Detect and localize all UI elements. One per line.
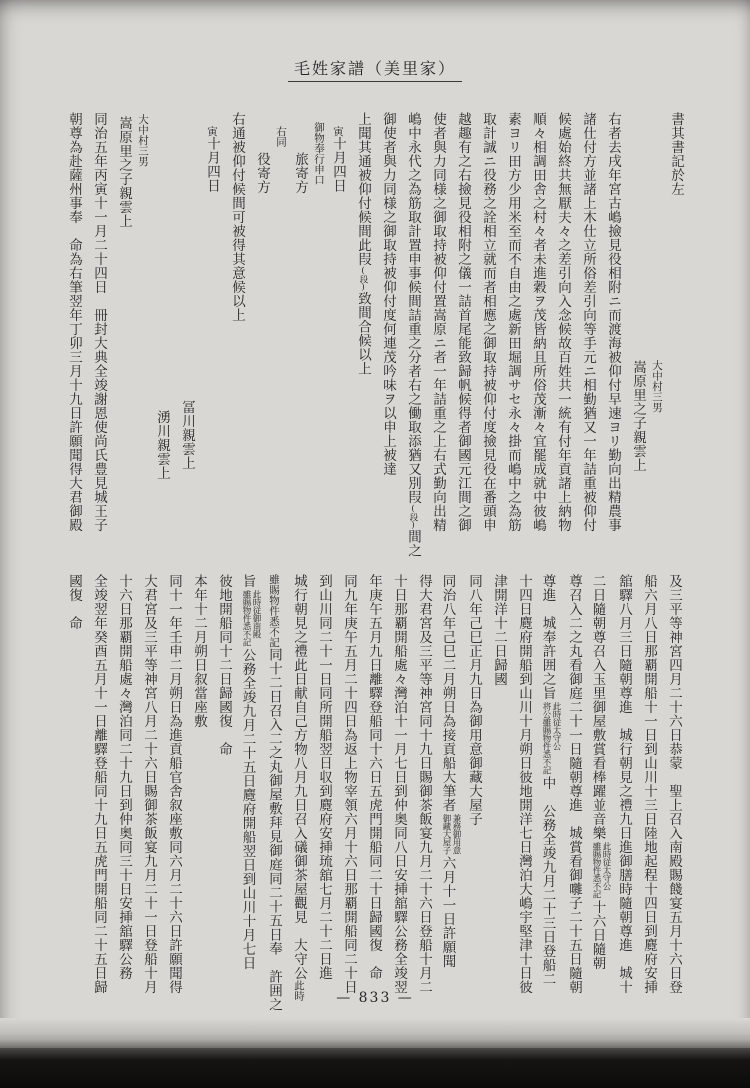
text-run: 順々相調田舎之村々者未進穀ヲ茂皆納且所俗茂漸々宜罷成就中彼嶋: [530, 112, 546, 532]
text-run: 書其書記於左: [668, 112, 684, 196]
text-run: 間之: [405, 530, 421, 558]
text-column: 順々相調田舎之村々者未進穀ヲ茂皆納且所俗茂漸々宜罷成就中彼嶋: [525, 112, 550, 538]
text-column: 尊進 城奉許囲之旨此時従太守公将公雖賜物件悉不記中 公務全竣九月二十三日登船二: [536, 574, 561, 1000]
text-run: 公務全竣九月二十五日麑府開船翌日到山川十月七日: [240, 648, 256, 970]
text-column: 津開洋十二日歸國: [486, 574, 511, 1000]
interlinear-note: 此時従太守公将公雖賜物件悉不記: [541, 702, 561, 774]
text-run: 尊召入二之丸看御庭二十一日隨朝尊進 城賞看御囃子二十五日隨朝: [566, 574, 582, 994]
text-run: 致間合候以上: [355, 292, 371, 376]
text-column: 得大君宮及三平等神宮同十九日賜御茶飯宴九月二十六日登船十月二: [411, 574, 436, 1000]
interlinear-note: 兼務御用意御藏大屋子: [441, 814, 461, 854]
page-header: 毛姓家譜（美里家）: [0, 56, 750, 79]
text-run: 彼地開船同十二日歸國復 命: [216, 574, 232, 756]
text-column: 諸仕付方並諸上木仕立所俗差引向等手元ニ相勤猶又一年詰重被仰付: [575, 112, 600, 538]
text-run: 右通被仰付候間可被得其意候以上: [229, 112, 245, 322]
text-run: 雖賜物件悉不記: [268, 574, 280, 648]
scan-background-strip: [0, 1048, 750, 1088]
top-text-block: 書其書記於左大中村三男嵩原里之子親雲上右者去戌年宮古嶋撿見役相附ニ而渡海被仰付早…: [61, 112, 688, 538]
text-column: 寅十月四日: [325, 112, 350, 538]
text-column: 城行朝見之禮此日献自己方物八月九日召入礒御茶屋觀見 大守公此時: [286, 574, 311, 1000]
interlinear-note: 此時従太守公雖賜物件悉不記: [591, 842, 611, 898]
text-run: 取計誠ニ役務之詮相立就而者相應之御取持被仰付度撿見役在番頭申: [480, 112, 496, 532]
correction-gloss: (段): [358, 266, 368, 292]
text-run: 同十一年壬申二月朔日為進貢船官舎叙座敷同六月二十六日許願聞得: [166, 574, 182, 994]
text-run: 大君宮及三平等神宮八月二十六日賜御茶飯宴九月二十一日登船十月: [141, 574, 157, 994]
text-run: 寅: [206, 126, 218, 137]
text-column: 御物奉行申口: [312, 112, 325, 538]
text-run: 十六日隨朝: [590, 900, 606, 970]
text-run: 得大君宮及三平等神宮同十九日賜御茶飯宴九月二十六日登船十月二: [416, 574, 432, 994]
text-run: 十六日那覇開船處々灣泊同二十九日到仲奥同三十日安挿舘驛公務: [116, 574, 132, 980]
text-column: 使者與力同様之御取持被仰付置嵩原ニ者一年詰重之上右式勤向出精: [425, 112, 450, 538]
text-run: 同九年庚午五月二十四日為返上物宰領六月十六日那覇開船同二十日: [341, 574, 357, 994]
text-column: 國復 命: [61, 574, 86, 1000]
text-column: 嶋中永代之為筋取計置申事候間詰重之分者右之働取添猶又別叚(段)間之: [400, 112, 425, 538]
text-run: 使者與力同様之御取持被仰付置嵩原ニ者一年詰重之上右式勤向出精: [430, 112, 446, 532]
text-run: 旨: [240, 574, 256, 588]
text-column: 年庚午五月九日離驛登船同十六日五虎門開船同二十日歸國復 命: [361, 574, 386, 1000]
text-column: 嵩原里之子親雲上: [111, 112, 136, 538]
page-number: — 833 —: [0, 990, 750, 1006]
text-column: 雖賜物件悉不記同十二日召入二之丸御屋敷拜見御庭同二十五日奉 許囲之: [261, 574, 286, 1000]
text-column: 大中村三男: [650, 112, 663, 538]
text-run: 十月四日: [204, 137, 220, 193]
text-run: 越趣有之右撿見役相附之儀一詰首尾能致歸帆候得者御國元江間之御: [455, 112, 471, 532]
text-column: 大中村三男: [136, 112, 149, 538]
text-run: 寅: [332, 126, 344, 137]
text-column: 湧川親雲上: [149, 112, 174, 538]
text-run: 六月十一日許願聞: [440, 856, 456, 968]
text-run: 船六月八日那覇開船十一日到山川十三日陸地起程十四日到麑府安挿: [641, 574, 657, 994]
text-run: 舘驛八月三日隨朝尊進 城行朝見之禮九日進御膳時隨朝尊進 城十: [616, 574, 632, 994]
text-run: 上聞其通被仰付候間此叚: [355, 112, 371, 266]
text-column: 大君宮及三平等神宮八月二十六日賜御茶飯宴九月二十一日登船十月: [136, 574, 161, 1000]
interlinear-note: 此時従御南殿雖賜物件悉不記: [241, 590, 261, 646]
text-column: 嵩原里之子親雲上: [625, 112, 650, 538]
text-run: 及三平等神宮四月二十六日恭蒙 聖上召入南殿賜餞宴五月十六日登: [666, 574, 682, 994]
text-run: 湧川親雲上: [154, 410, 170, 480]
text-column: 十日那覇開船處々灣泊十一月七日到仲奥同八日安挿舘驛公務全竣翌: [386, 574, 411, 1000]
text-column: 御使者與力同様之御取持被仰付度何連茂吟味ヲ以申上被達: [375, 112, 400, 538]
text-column: 尊召入二之丸看御庭二十一日隨朝尊進 城賞看御囃子二十五日隨朝: [561, 574, 586, 1000]
text-column: 旨此時従御南殿雖賜物件悉不記公務全竣九月二十五日麑府開船翌日到山川十月七日: [236, 574, 261, 1000]
text-run: 嵩原里之子親雲上: [630, 360, 646, 472]
text-run: 朝尊為赴薩州事奉 命為右筆翌年丁卯三月十九日許願聞得大君御殿: [66, 112, 82, 532]
text-column: 素ヨリ田方少用米至而不自由之處新田堀調サセ永々掛而嶋中之為筋: [500, 112, 525, 538]
text-run: 諸仕付方並諸上木仕立所俗差引向等手元ニ相勤猶又一年詰重被仰付: [580, 112, 596, 532]
text-run: 十日那覇開船處々灣泊十一月七日到仲奥同八日安挿舘驛公務全竣翌: [391, 574, 407, 994]
text-run: 役寄方: [254, 152, 270, 194]
text-column: 及三平等神宮四月二十六日恭蒙 聖上召入南殿賜餞宴五月十六日登: [661, 574, 686, 1000]
text-column: 到山川同二十一日同所開船翌日収到麑府安挿琉舘七月二十二日進: [311, 574, 336, 1000]
text-column: 同治八年己巳二月朔日為接貢船大筆者兼務御用意御藏大屋子六月十一日許願聞: [436, 574, 461, 1000]
text-column: 彼地開船同十二日歸國復 命: [211, 574, 236, 1000]
text-run: 嵩原里之子親雲上: [116, 116, 132, 228]
text-run: 大中村三男: [137, 114, 149, 167]
text-column: 朝尊為赴薩州事奉 命為右筆翌年丁卯三月十九日許願聞得大君御殿: [61, 112, 86, 538]
text-run: 冨川親雲上: [179, 400, 195, 470]
text-run: 嶋中永代之為筋取計置申事候間詰重之分者右之働取添猶又別叚: [405, 112, 421, 504]
text-column: 寅十月四日: [199, 112, 224, 538]
page-title: 毛姓家譜（美里家）: [288, 59, 462, 82]
text-run: 素ヨリ田方少用米至而不自由之處新田堀調サセ永々掛而嶋中之為筋: [505, 112, 521, 532]
text-column: 候處始終共無厭夫々之差引向入念候故百姓共一統有付年貢諸上納物: [550, 112, 575, 538]
scanned-genealogy-page: 毛姓家譜（美里家） 書其書記於左大中村三男嵩原里之子親雲上右者去戌年宮古嶋撿見役…: [0, 0, 750, 1088]
text-run: 同八年己巳正月九日為御用意御藏大屋子: [466, 574, 482, 826]
text-run: 御使者與力同様之御取持被仰付度何連茂吟味ヲ以申上被達: [380, 112, 396, 476]
text-run: 同治五年丙寅十一月二十四日 冊封大典全竣謝恩使尚氏豊見城王子: [91, 112, 107, 532]
text-column: 役寄方: [249, 112, 274, 538]
text-run: 候處始終共無厭夫々之差引向入念候故百姓共一統有付年貢諸上納物: [555, 112, 571, 532]
text-run: 同十二日召入二之丸御屋敷拜見御庭同二十五日奉 許囲之: [266, 648, 282, 1012]
text-column: 旅寄方: [287, 112, 312, 538]
text-column: 越趣有之右撿見役相附之儀一詰首尾能致歸帆候得者御國元江間之御: [450, 112, 475, 538]
text-run: 御物奉行申口: [313, 122, 325, 185]
text-column: 取計誠ニ役務之詮相立就而者相應之御取持被仰付度撿見役在番頭申: [475, 112, 500, 538]
text-run: 到山川同二十一日同所開船翌日収到麑府安挿琉舘七月二十二日進: [316, 574, 332, 980]
text-run: 本年十二月朔日叙當座敷: [191, 574, 207, 728]
text-column: 上聞其通被仰付候間此叚(段)致間合候以上: [350, 112, 375, 538]
correction-gloss: (段): [408, 504, 418, 530]
text-column: 舘驛八月三日隨朝尊進 城行朝見之禮九日進御膳時隨朝尊進 城十: [611, 574, 636, 1000]
text-run: 同治八年己巳二月朔日為接貢船大筆者: [440, 574, 456, 812]
text-run: 旅寄方: [292, 152, 308, 194]
text-run: 年庚午五月九日離驛登船同十六日五虎門開船同二十日歸國復 命: [366, 574, 382, 980]
text-run: 城行朝見之禮此日献自己方物八月九日召入礒御茶屋觀見 大守公: [291, 574, 307, 980]
text-run: 全竣翌年癸酉五月十一日離驛登船同十九日五虎門開船同二十五日歸: [91, 574, 107, 994]
bottom-text-block: 及三平等神宮四月二十六日恭蒙 聖上召入南殿賜餞宴五月十六日登船六月八日那覇開船十…: [61, 574, 686, 1000]
text-column: 書其書記於左: [663, 112, 688, 538]
text-column: 右者去戌年宮古嶋撿見役相附ニ而渡海被仰付早速ヨリ勤向出精農事: [600, 112, 625, 538]
text-column: 十六日那覇開船處々灣泊同二十九日到仲奥同三十日安挿舘驛公務: [111, 574, 136, 1000]
text-column: 右同: [274, 112, 287, 538]
text-column: 同八年己巳正月九日為御用意御藏大屋子: [461, 574, 486, 1000]
text-run: 十月四日: [330, 137, 346, 193]
text-run: 國復 命: [66, 574, 82, 630]
text-column: 同十一年壬申二月朔日為進貢船官舎叙座敷同六月二十六日許願聞得: [161, 574, 186, 1000]
text-column: 同治五年丙寅十一月二十四日 冊封大典全竣謝恩使尚氏豊見城王子: [86, 112, 111, 538]
text-run: 大中村三男: [651, 360, 663, 413]
text-column: 同九年庚午五月二十四日為返上物宰領六月十六日那覇開船同二十日: [336, 574, 361, 1000]
text-run: 二日隨朝尊召入玉里御屋敷賞看棒躍並音樂: [590, 574, 606, 840]
text-column: 本年十二月朔日叙當座敷: [186, 574, 211, 1000]
text-run: 中 公務全竣九月二十三日登船二: [540, 776, 556, 986]
text-run: 右者去戌年宮古嶋撿見役相附ニ而渡海被仰付早速ヨリ勤向出精農事: [605, 112, 621, 532]
text-run: 尊進 城奉許囲之旨: [540, 574, 556, 700]
text-column: 十四日麑府開船到山川十月朔日彼地開洋七日灣泊大嶋宇堅津十日彼: [511, 574, 536, 1000]
text-column: 冨川親雲上: [174, 112, 199, 538]
text-column: 全竣翌年癸酉五月十一日離驛登船同十九日五虎門開船同二十五日歸: [86, 574, 111, 1000]
text-run: 右同: [275, 126, 287, 147]
text-run: 十四日麑府開船到山川十月朔日彼地開洋七日灣泊大嶋宇堅津十日彼: [516, 574, 532, 994]
page-bottom-edge: [0, 1018, 750, 1048]
text-column: 船六月八日那覇開船十一日到山川十三日陸地起程十四日到麑府安挿: [636, 574, 661, 1000]
text-run: 津開洋十二日歸國: [491, 574, 507, 686]
text-column: 二日隨朝尊召入玉里御屋敷賞看棒躍並音樂此時従太守公雖賜物件悉不記十六日隨朝: [586, 574, 611, 1000]
text-column: 右通被仰付候間可被得其意候以上: [224, 112, 249, 538]
